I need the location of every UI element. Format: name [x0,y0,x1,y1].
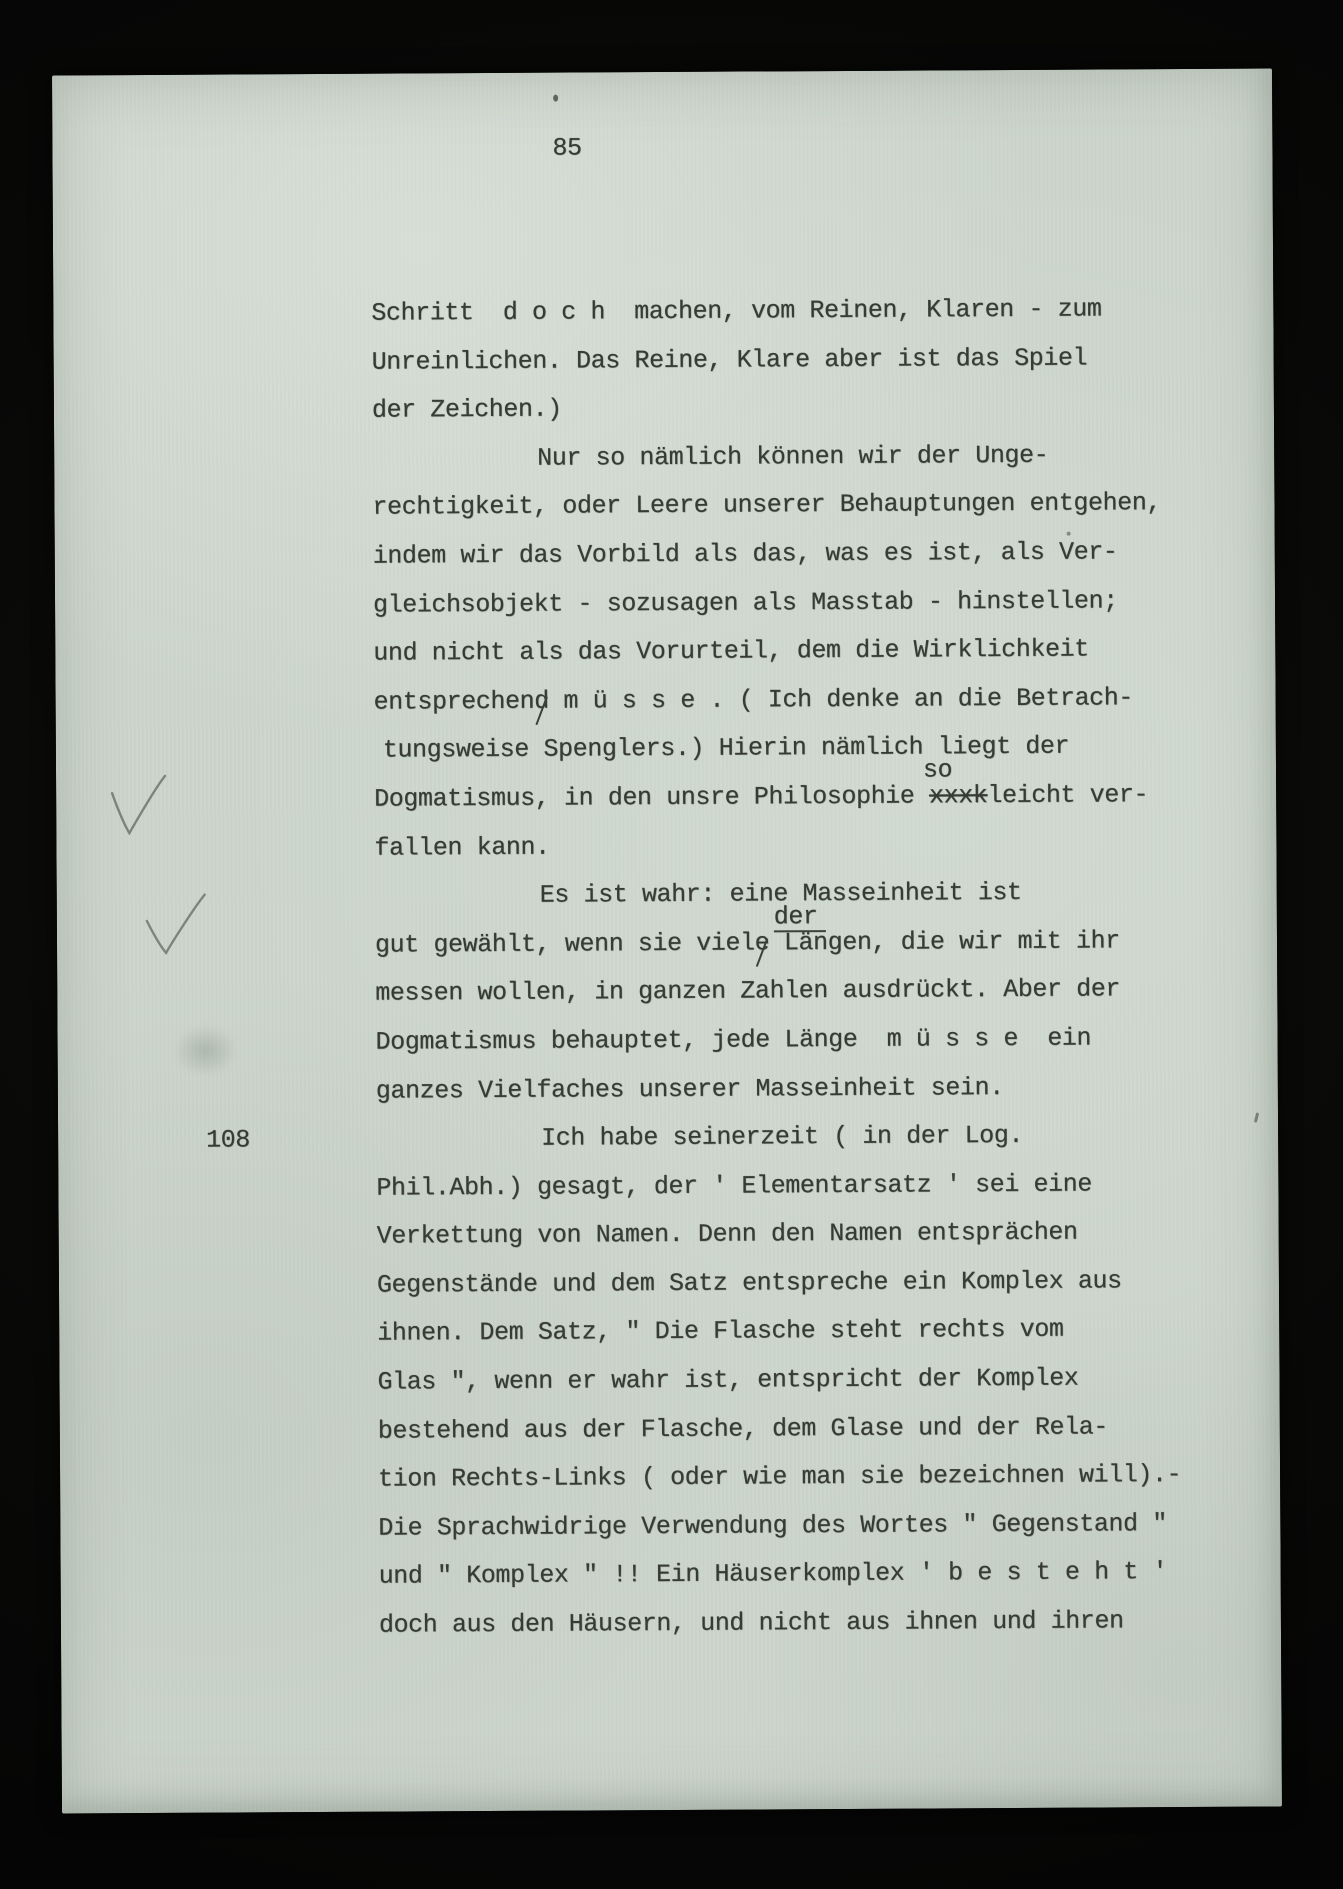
typed-text: Glas ", wenn er wahr ist, entspricht der… [377,1364,1078,1397]
typed-line: Dogmatismus, in den unsre Philosophie xx… [374,771,1234,825]
pencil-checkmark-icon [108,773,168,841]
typewritten-page: 85 108 Schritt d o c h machen, vom Reine… [52,69,1282,1814]
typed-text: doch aus den Häusern, und nicht aus ihne… [379,1606,1124,1639]
struck-text: xxxkso [929,781,988,810]
ink-speck [1067,532,1071,536]
typed-text: Verkettung von Namen. Denn den Namen ent… [377,1218,1078,1251]
typed-line: bestehend aus der Flasche, dem Glase und… [378,1402,1238,1456]
typed-text: entsprechen [374,687,535,717]
typed-line: und nicht als das Vorurteil, dem die Wir… [373,625,1233,679]
typed-text: Die Sprachwidrige Verwendung des Wortes … [378,1509,1167,1543]
typed-line: Gegenstände und dem Satz entspreche ein … [377,1257,1237,1311]
typed-line: tungsweise Spenglers.) Hierin nämlich li… [374,722,1234,776]
slashed-char: e [755,928,770,957]
typed-line: fallen kann. [374,819,1234,873]
typed-text: fallen kann. [374,832,549,862]
typed-line: Die Sprachwidrige Verwendung des Wortes … [378,1500,1238,1554]
typed-text: der Zeichen.) [372,395,562,425]
typed-text: Dogmatismus behauptet, jede Länge m ü s … [375,1023,1091,1056]
typed-line: und " Komplex " !! Ein Häuserkomplex ' b… [379,1548,1239,1602]
ink-speck [1254,1112,1259,1122]
typed-text: und " Komplex " !! Ein Häuserkomplex ' b… [379,1558,1168,1592]
typed-line: doch aus den Häusern, und nicht aus ihne… [379,1597,1239,1651]
typed-text: bestehend aus der Flasche, dem Glase und… [378,1412,1108,1445]
typed-line: Nur so nämlich können wir der Unge- [372,431,1232,485]
margin-reference-number: 108 [206,1116,250,1165]
typed-line: entsprechend m ü s s e . ( Ich denke an … [373,673,1233,727]
typed-text: Längen, die wir mit ihrder [784,926,1120,957]
typed-text: Dogmatismus, in den unsre Philosophie [374,781,929,813]
typed-text: tungsweise Spenglers.) Hierin nämlich li… [383,732,1069,765]
typed-line: Ich habe seinerzeit ( in der Log. [376,1111,1236,1165]
inserted-word-above-line: der [774,904,826,932]
typed-text: und nicht als das Vorurteil, dem die Wir… [373,635,1089,668]
inserted-word-above-line: so [923,757,952,782]
page-number: 85 [552,133,581,162]
typed-text: leicht ver- [987,780,1148,810]
typed-text: rechtigkeit, oder Leere unserer Behauptu… [372,489,1161,523]
slashed-char: d [534,686,549,715]
typed-text: ganzes Vielfaches unserer Masseinheit se… [376,1073,1004,1106]
typed-line: indem wir das Vorbild als das, was es is… [373,528,1233,582]
typed-text: Ich habe seinerzeit ( in der Log. [541,1121,1023,1153]
typed-line: tion Rechts-Links ( oder wie man sie bez… [378,1451,1238,1505]
typed-line: ganzes Vielfaches unserer Masseinheit se… [376,1062,1236,1116]
ink-speck [553,95,558,102]
typed-body: Schritt d o c h machen, vom Reinen, Klar… [371,285,1239,1651]
typed-line: messen wollen, in ganzen Zahlen ausdrück… [375,965,1235,1019]
typed-text: tion Rechts-Links ( oder wie man sie bez… [378,1460,1181,1494]
typed-text: m ü s s e . ( Ich denke an die Betrach- [549,683,1133,715]
typed-line: der Zeichen.) [372,382,1232,436]
typed-text: Unreinlichen. Das Reine, Klare aber ist … [372,343,1088,376]
typed-line: Dogmatismus behauptet, jede Länge m ü s … [375,1014,1235,1068]
typed-text: Gegenstände und dem Satz entspreche ein … [377,1266,1122,1299]
typed-line: Unreinlichen. Das Reine, Klare aber ist … [372,333,1232,387]
typed-text: gleichsobjekt - sozusagen als Masstab - … [373,586,1118,619]
photo-backdrop: { "photo": { "background_color": "#0a0a0… [0,0,1343,1889]
typed-text: messen wollen, in ganzen Zahlen ausdrück… [375,975,1120,1008]
typed-line: Glas ", wenn er wahr ist, entspricht der… [377,1354,1237,1408]
typed-line: Phil.Abh.) gesagt, der ' Elementarsatz '… [376,1159,1236,1213]
typed-line: rechtigkeit, oder Leere unserer Behauptu… [372,479,1232,533]
typed-line: ihnen. Dem Satz, " Die Flasche steht rec… [377,1305,1237,1359]
typed-text: Schritt d o c h machen, vom Reinen, Klar… [371,294,1101,327]
typed-text: Phil.Abh.) gesagt, der ' Elementarsatz '… [376,1169,1092,1202]
typed-text: Nur so nämlich können wir der Unge- [537,441,1048,473]
typed-text: gut gewählt, wenn sie viel [375,928,755,959]
typed-text [769,928,784,957]
typed-text: indem wir das Vorbild als das, was es is… [373,537,1118,570]
pencil-checkmark-icon [143,891,209,957]
typed-line: gleichsobjekt - sozusagen als Masstab - … [373,576,1233,630]
typed-line: Verkettung von Namen. Denn den Namen ent… [377,1208,1237,1262]
typed-text: ihnen. Dem Satz, " Die Flasche steht rec… [377,1315,1063,1348]
pencil-smudge [172,1024,238,1076]
typed-line: Schritt d o c h machen, vom Reinen, Klar… [371,285,1231,339]
typed-line: gut gewählt, wenn sie viele Längen, die … [375,916,1235,970]
